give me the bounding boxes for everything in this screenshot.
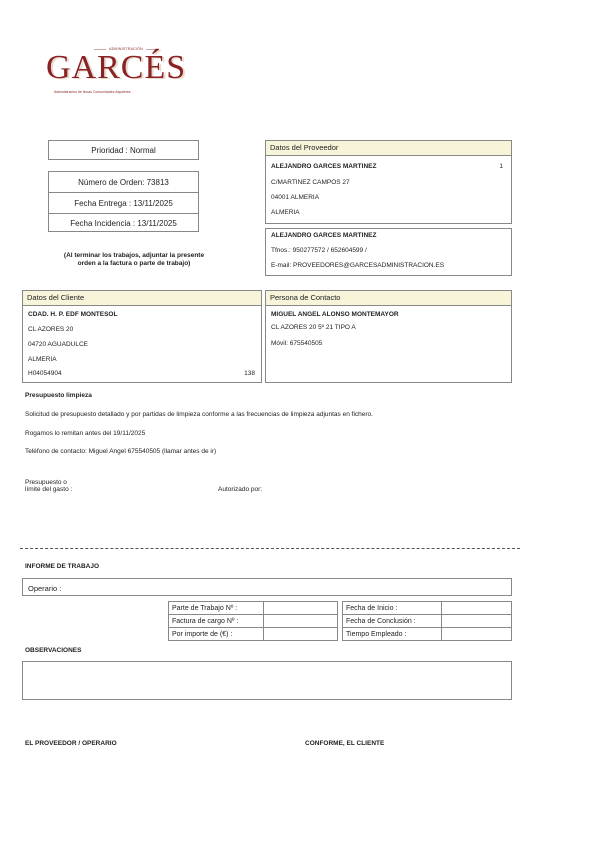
- work-part-field[interactable]: [264, 602, 338, 615]
- amount-field[interactable]: [264, 628, 338, 641]
- client-address: CL AZORES 20: [28, 326, 73, 333]
- work-left-table: Parte de Trabajo Nº : Factura de cargo N…: [168, 601, 338, 641]
- request-line1: Solicitud de presupuesto detallado y por…: [25, 411, 373, 418]
- client-code: 138: [244, 370, 255, 377]
- priority-text: Prioridad : Normal: [91, 146, 155, 155]
- sign-client-label: CONFORME, EL CLIENTE: [305, 740, 384, 747]
- time-spent-field[interactable]: [442, 628, 512, 641]
- provider-email: E-mail: PROVEEDORES@GARCESADMINISTRACION…: [271, 262, 444, 269]
- client-box: Datos del Cliente CDAD. H. P. EDF MONTES…: [22, 290, 262, 383]
- contact-address: CL AZORES 20 5º 21 TIPO A: [271, 324, 356, 331]
- provider-address: C/MARTINEZ CAMPOS 27: [271, 179, 350, 186]
- observations-field[interactable]: [22, 661, 512, 700]
- budget-label-line1: Presupuesto o: [25, 479, 72, 486]
- attach-note-line1: (Al terminar los trabajos, adjuntar la p…: [24, 252, 244, 260]
- observations-label: OBSERVACIONES: [25, 647, 81, 654]
- amount-label: Por importe de (€) :: [169, 628, 264, 641]
- start-date-field[interactable]: [442, 602, 512, 615]
- client-city: 04720 AGUADULCE: [28, 341, 88, 348]
- order-number: Número de Orden: 73813: [49, 172, 198, 193]
- contact-name: MIGUEL ANGEL ALONSO MONTEMAYOR: [271, 311, 399, 318]
- budget-label-line2: límite del gasto :: [25, 486, 72, 493]
- operator-field[interactable]: Operario :: [22, 578, 512, 596]
- budget-label: Presupuesto o límite del gasto :: [25, 479, 72, 493]
- contact-mobile: Móvil: 675540505: [271, 340, 322, 347]
- work-right-table: Fecha de Inicio : Fecha de Conclusión : …: [342, 601, 512, 641]
- provider-city: 04001 ALMERIA: [271, 194, 319, 201]
- provider-header: Datos del Proveedor: [266, 141, 511, 156]
- invoice-label: Factura de cargo Nº :: [169, 615, 264, 628]
- provider-province: ALMERIA: [271, 209, 300, 216]
- provider-code: 1: [499, 163, 503, 170]
- contact-box: Persona de Contacto MIGUEL ANGEL ALONSO …: [265, 290, 512, 383]
- provider-box: Datos del Proveedor ALEJANDRO GARCES MAR…: [265, 140, 512, 224]
- sign-provider-label: EL PROVEEDOR / OPERARIO: [25, 740, 117, 747]
- client-header: Datos del Cliente: [23, 291, 261, 306]
- provider-phones: Tfnos.: 950277572 / 652604599 /: [271, 247, 367, 254]
- provider-contact-name: ALEJANDRO GARCES MARTINEZ: [271, 232, 376, 239]
- report-title: INFORME DE TRABAJO: [25, 563, 99, 570]
- logo: GARCÉS: [46, 51, 186, 85]
- request-line3: Teléfono de contacto: Miguel Angel 67554…: [25, 448, 216, 455]
- logo-tagline: Administración de fincas Comunidades Alq…: [54, 90, 131, 94]
- client-name: CDAD. H. P. EDF MONTESOL: [28, 311, 117, 318]
- provider-contact-box: ALEJANDRO GARCES MARTINEZ Tfnos.: 950277…: [265, 228, 512, 276]
- client-tax-id: H04054904: [28, 370, 62, 377]
- cut-line: [20, 548, 520, 549]
- client-province: ALMERIA: [28, 356, 57, 363]
- order-info-box: Número de Orden: 73813 Fecha Entrega : 1…: [48, 171, 199, 232]
- operator-label: Operario :: [28, 584, 61, 593]
- end-date-label: Fecha de Conclusión :: [343, 615, 442, 628]
- invoice-field[interactable]: [264, 615, 338, 628]
- authorized-label: Autorizado por:: [218, 486, 262, 493]
- incident-date-text: Fecha Incidencia : 13/11/2025: [70, 219, 177, 228]
- work-part-label: Parte de Trabajo Nº :: [169, 602, 264, 615]
- delivery-date-text: Fecha Entrega : 13/11/2025: [74, 199, 173, 208]
- contact-header: Persona de Contacto: [266, 291, 511, 306]
- request-line2: Rogamos lo remitan antes del 19/11/2025: [25, 430, 145, 437]
- time-spent-label: Tiempo Empleado :: [343, 628, 442, 641]
- delivery-date: Fecha Entrega : 13/11/2025: [49, 193, 198, 214]
- attach-note-line2: orden a la factura o parte de trabajo): [24, 260, 244, 268]
- attach-note: (Al terminar los trabajos, adjuntar la p…: [24, 252, 244, 268]
- incident-date: Fecha Incidencia : 13/11/2025: [49, 214, 198, 233]
- order-number-text: Número de Orden: 73813: [78, 178, 169, 187]
- start-date-label: Fecha de Inicio :: [343, 602, 442, 615]
- provider-name: ALEJANDRO GARCES MARTINEZ: [271, 163, 376, 170]
- request-title: Presupuesto limpieza: [25, 392, 92, 399]
- end-date-field[interactable]: [442, 615, 512, 628]
- priority-box: Prioridad : Normal: [48, 140, 199, 160]
